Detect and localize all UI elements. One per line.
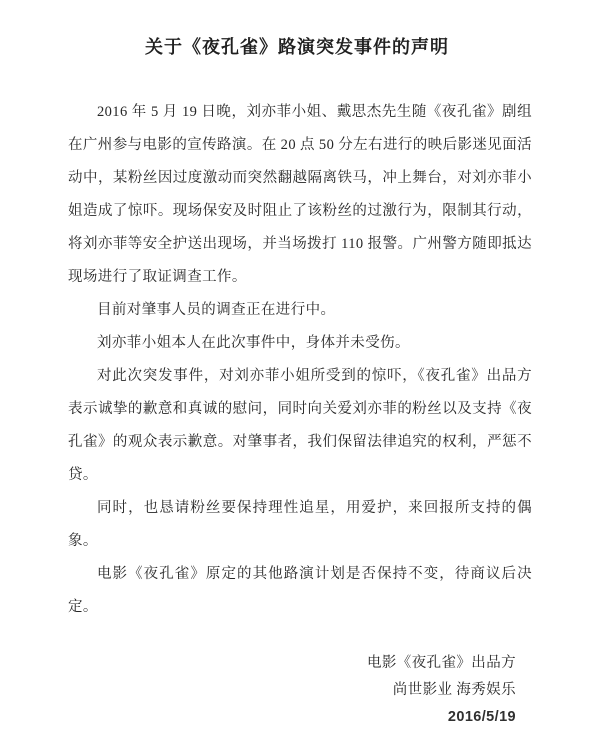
paragraph-fan-appeal: 同时，也恳请粉丝要保持理性追星，用爱护，来回报所支持的偶象。 (68, 492, 532, 558)
paragraph-actress-condition: 刘亦菲小姐本人在此次事件中，身体并未受伤。 (68, 327, 532, 360)
signature-issuer: 电影《夜孔雀》出品方 (0, 650, 516, 677)
document-body: 2016 年 5 月 19 日晚，刘亦菲小姐、戴思杰先生随《夜孔雀》剧组在广州参… (68, 96, 532, 624)
signature-block: 电影《夜孔雀》出品方 尚世影业 海秀娱乐 2016/5/19 (0, 650, 516, 731)
paragraph-roadshow-plan: 电影《夜孔雀》原定的其他路演计划是否保持不变，待商议后决定。 (68, 558, 532, 624)
signature-companies: 尚世影业 海秀娱乐 (0, 677, 516, 704)
document-title: 关于《夜孔雀》路演突发事件的声明 (0, 0, 594, 60)
paragraph-incident-description: 2016 年 5 月 19 日晚，刘亦菲小姐、戴思杰先生随《夜孔雀》剧组在广州参… (68, 96, 532, 294)
paragraph-investigation-status: 目前对肇事人员的调查正在进行中。 (68, 294, 532, 327)
signature-date: 2016/5/19 (0, 704, 516, 731)
paragraph-apology: 对此次突发事件，对刘亦菲小姐所受到的惊吓，《夜孔雀》出品方表示诚挚的歉意和真诚的… (68, 360, 532, 492)
statement-document-page: 关于《夜孔雀》路演突发事件的声明 2016 年 5 月 19 日晚，刘亦菲小姐、… (0, 0, 594, 743)
